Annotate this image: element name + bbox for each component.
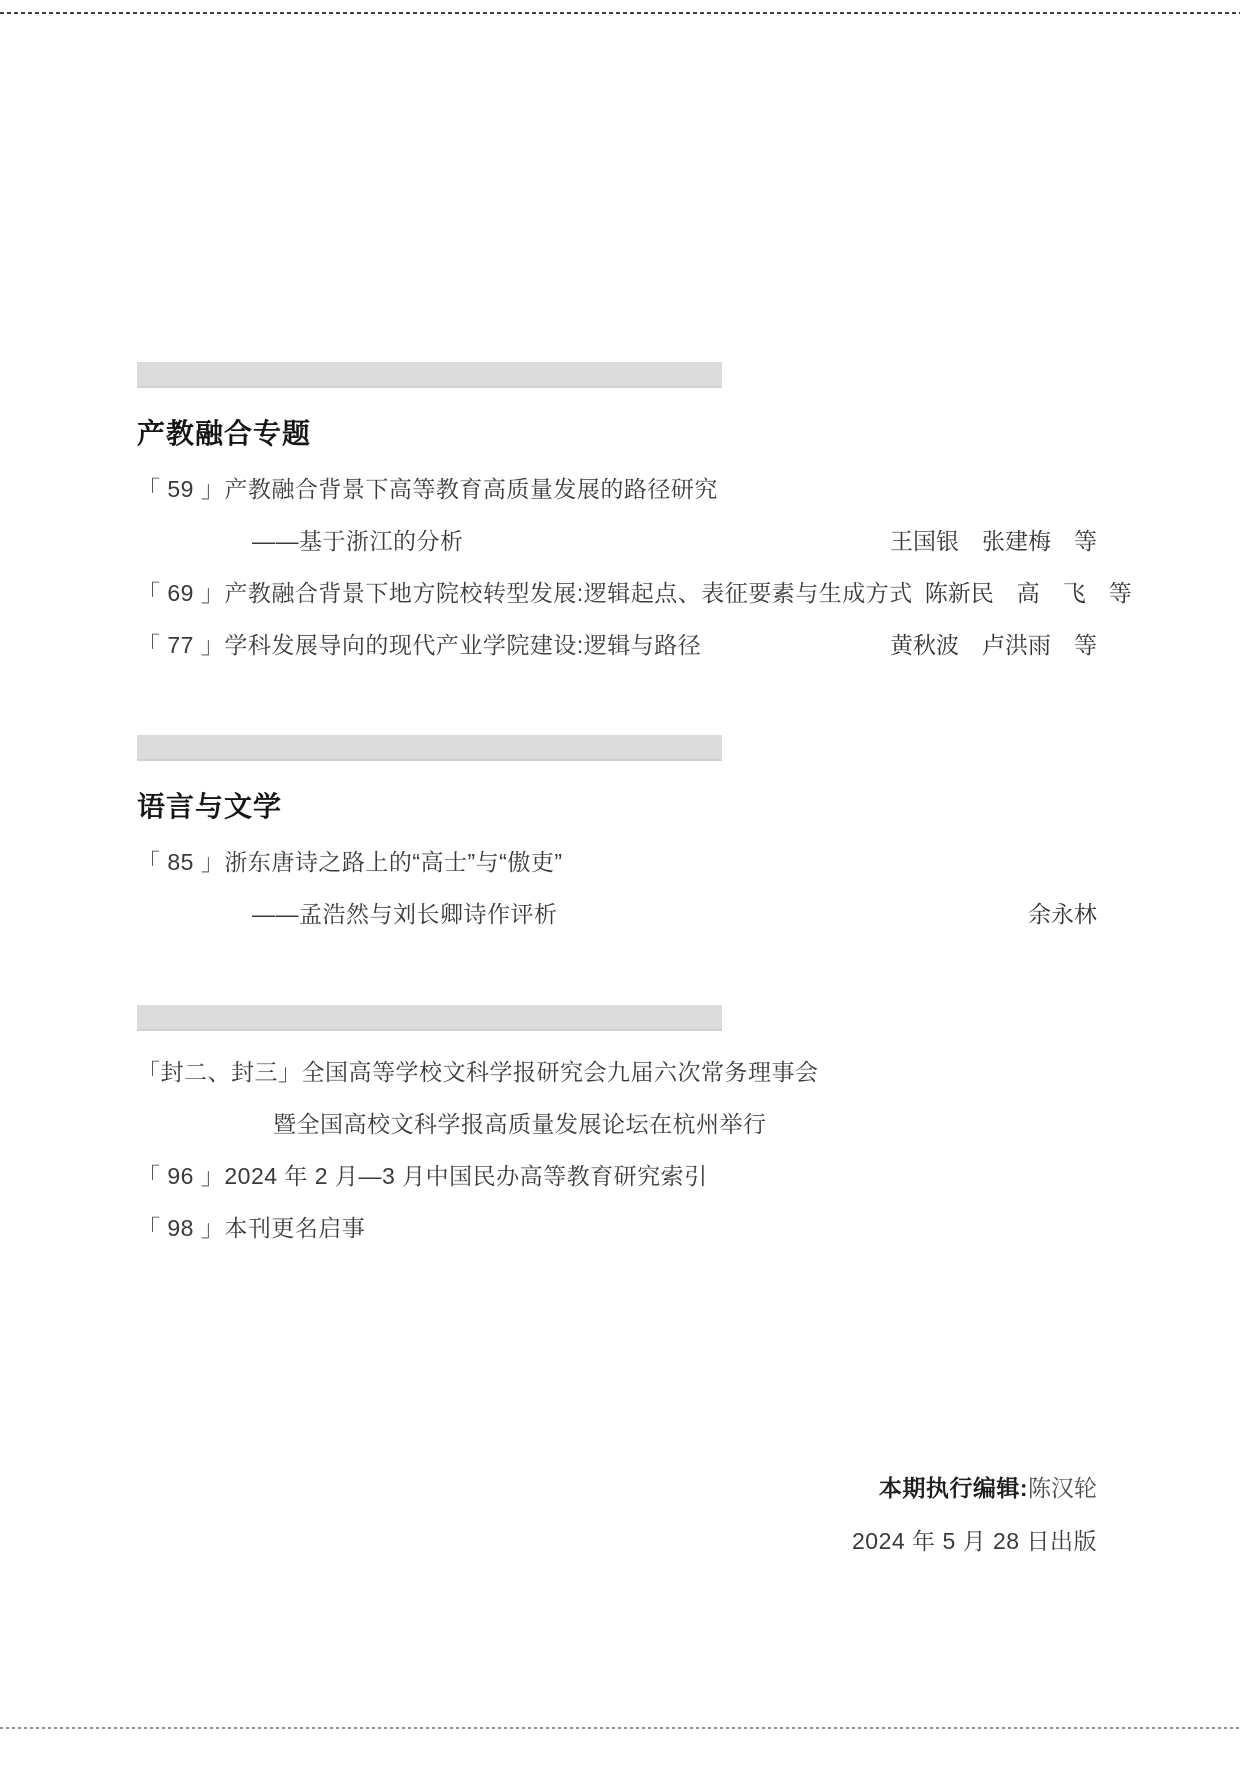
toc-entry-row: ——基于浙江的分析 王国银 张建梅 等: [137, 513, 1097, 565]
top-dashed-rule: [0, 12, 1240, 14]
section-language-literature: 语言与文学 「 85 」浙东唐诗之路上的“高士”与“傲吏” ——孟浩然与刘长卿诗…: [137, 735, 1097, 938]
toc-entry-row: 「 77 」学科发展导向的现代产业学院建设:逻辑与路径 黄秋波 卢洪雨 等: [137, 617, 1097, 669]
toc-entry-text: 「 96 」2024 年 2 月—3 月中国民办高等教育研究索引: [137, 1158, 708, 1191]
section-rows: 「 85 」浙东唐诗之路上的“高士”与“傲吏” ——孟浩然与刘长卿诗作评析 余永…: [137, 834, 1097, 938]
journal-toc-page: 产教融合专题 「 59 」产教融合背景下高等教育高质量发展的路径研究 ——基于浙…: [0, 0, 1240, 1766]
section-divider-bar: [137, 362, 722, 388]
toc-entry-row: 「 85 」浙东唐诗之路上的“高士”与“傲吏”: [137, 834, 1097, 886]
toc-entry-text: 「 59 」产教融合背景下高等教育高质量发展的路径研究: [137, 471, 718, 504]
toc-entry-text: 「封二、封三」全国高等学校文科学报研究会九届六次常务理事会: [137, 1054, 819, 1087]
editor-name: 陈汉轮: [1028, 1475, 1097, 1501]
section-misc-notices: 「封二、封三」全国高等学校文科学报研究会九届六次常务理事会 暨全国高校文科学报高…: [137, 1005, 1097, 1252]
toc-entry-row: 「 98 」本刊更名启事: [137, 1200, 1097, 1252]
toc-entry-row: 暨全国高校文科学报高质量发展论坛在杭州举行: [137, 1096, 1097, 1148]
toc-entry-authors: 陈新民 高 飞 等: [925, 575, 1132, 608]
section-rows: 「 59 」产教融合背景下高等教育高质量发展的路径研究 ——基于浙江的分析 王国…: [137, 461, 1097, 669]
toc-entry-text: 「 98 」本刊更名启事: [137, 1210, 365, 1243]
editor-label: 本期执行编辑:: [879, 1475, 1028, 1501]
toc-entry-text: 「 69 」产教融合背景下地方院校转型发展:逻辑起点、表征要素与生成方式: [137, 575, 913, 608]
section-divider-bar: [137, 1005, 722, 1031]
toc-entry-text: 「 85 」浙东唐诗之路上的“高士”与“傲吏”: [137, 844, 563, 877]
toc-entry-row: 「封二、封三」全国高等学校文科学报研究会九届六次常务理事会: [137, 1044, 1097, 1096]
section-title: 语言与文学: [137, 793, 1097, 821]
section-rows: 「封二、封三」全国高等学校文科学报研究会九届六次常务理事会 暨全国高校文科学报高…: [137, 1044, 1097, 1252]
toc-entry-row: 「 69 」产教融合背景下地方院校转型发展:逻辑起点、表征要素与生成方式 陈新民…: [137, 565, 1097, 617]
toc-entry-authors: 余永林: [1028, 896, 1097, 929]
bottom-dashed-rule: [0, 1727, 1240, 1729]
toc-entry-row: 「 96 」2024 年 2 月—3 月中国民办高等教育研究索引: [137, 1148, 1097, 1200]
section-divider-bar: [137, 735, 722, 761]
toc-entry-authors: 黄秋波 卢洪雨 等: [890, 627, 1097, 660]
toc-entry-subtitle: 暨全国高校文科学报高质量发展论坛在杭州举行: [137, 1106, 767, 1139]
toc-entry-row: ——孟浩然与刘长卿诗作评析 余永林: [137, 886, 1097, 938]
section-industry-education: 产教融合专题 「 59 」产教融合背景下高等教育高质量发展的路径研究 ——基于浙…: [137, 362, 1097, 669]
toc-content: 产教融合专题 「 59 」产教融合背景下高等教育高质量发展的路径研究 ——基于浙…: [137, 362, 1097, 1555]
issue-footer: 本期执行编辑:陈汉轮 2024 年 5 月 28 日出版: [137, 1474, 1097, 1555]
publish-date: 2024 年 5 月 28 日出版: [137, 1527, 1097, 1555]
toc-entry-text: 「 77 」学科发展导向的现代产业学院建设:逻辑与路径: [137, 627, 701, 660]
toc-entry-subtitle: ——孟浩然与刘长卿诗作评析: [137, 896, 558, 929]
section-title: 产教融合专题: [137, 420, 1097, 448]
toc-entry-authors: 王国银 张建梅 等: [890, 523, 1097, 556]
toc-entry-row: 「 59 」产教融合背景下高等教育高质量发展的路径研究: [137, 461, 1097, 513]
executive-editor-line: 本期执行编辑:陈汉轮: [137, 1474, 1097, 1502]
toc-entry-subtitle: ——基于浙江的分析: [137, 523, 464, 556]
